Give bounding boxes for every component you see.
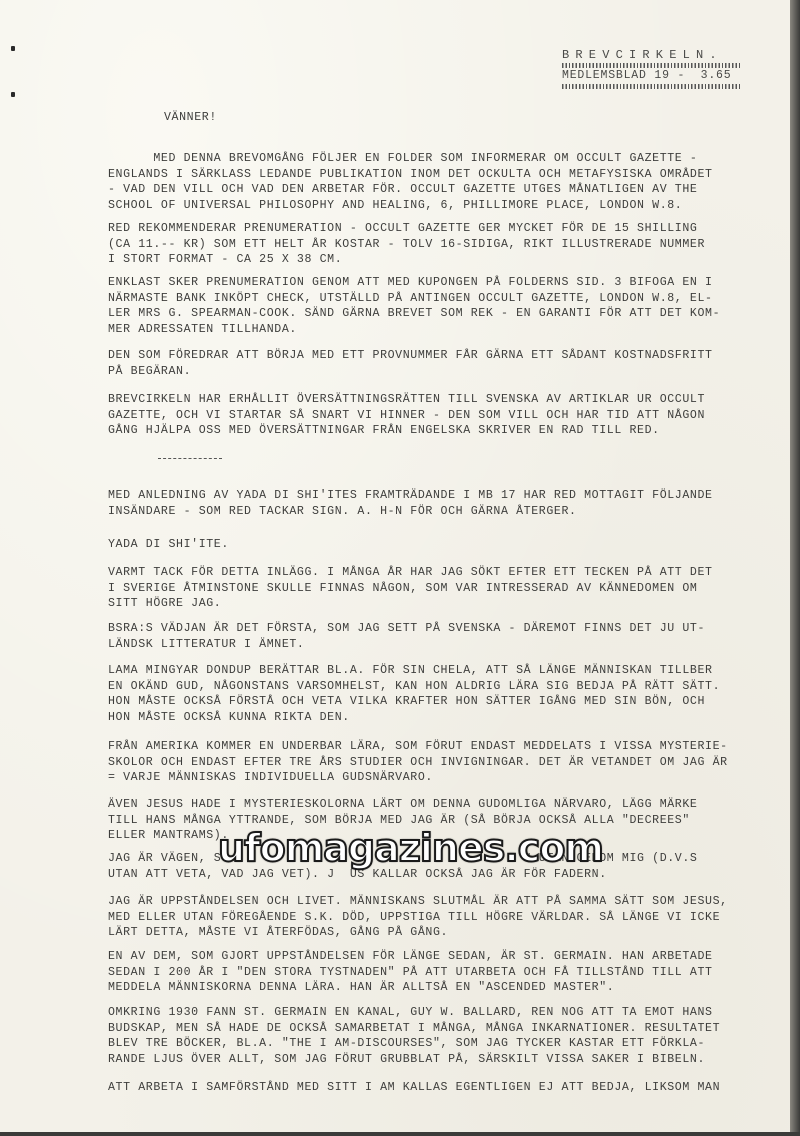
text-line: ländsk litteratur i ämnet. bbox=[108, 637, 305, 653]
text-line: lärt detta, måste vi återfödas, gång på … bbox=[108, 925, 448, 941]
document-page: BREVCIRKELN. Medlemsblad 19 - 3.65 Vänne… bbox=[0, 0, 790, 1132]
text-line: - vad den vill och vad den arbetar för. … bbox=[108, 182, 697, 198]
greeting: Vänner! bbox=[164, 110, 217, 126]
text-line: skolor och endast efter tre års studier … bbox=[108, 755, 728, 771]
text-line: ler Mrs G. Spearman-Cook. Sänd gärna bre… bbox=[108, 306, 720, 322]
watermark: ufomagazines.com bbox=[218, 826, 603, 870]
header-rule bbox=[562, 63, 740, 68]
text-line: meddela människorna denna lära. Han är a… bbox=[108, 980, 614, 996]
text-line: Varmt tack för detta inlägg. I många år … bbox=[108, 565, 713, 581]
text-line: blev tre böcker, bl.a. "The I AM-discour… bbox=[108, 1036, 705, 1052]
text-line: med eller utan föregående s.k. död, upps… bbox=[108, 910, 720, 926]
text-line: Den som föredrar att börja med ett provn… bbox=[108, 348, 713, 364]
text-line: Red rekommenderar prenumeration - Occult… bbox=[108, 221, 697, 237]
header-rule bbox=[562, 84, 740, 89]
text-line: Bsra:s vädjan är det första, som jag set… bbox=[108, 621, 705, 637]
section-divider bbox=[158, 458, 222, 459]
text-line: mer adressaten tillhanda. bbox=[108, 322, 297, 338]
text-line: En av dem, som gjort uppståndelsen för l… bbox=[108, 949, 713, 965]
text-line: Även Jesus hade i mysterieskolorna lärt … bbox=[108, 797, 697, 813]
text-line: i stort format - ca 25 x 38 cm. bbox=[108, 252, 342, 268]
text-line: Att arbeta i samförstånd med sitt I AM k… bbox=[108, 1080, 720, 1096]
text-line: (ca 11.-- kr) som ett helt år kostar - t… bbox=[108, 237, 705, 253]
newsletter-title: BREVCIRKELN. bbox=[562, 48, 777, 62]
newsletter-issue: Medlemsblad 19 - 3.65 bbox=[562, 69, 777, 83]
text-line: rande ljus över allt, som jag förut grub… bbox=[108, 1052, 705, 1068]
text-line: närmaste bank inköpt check, utställd på … bbox=[108, 291, 713, 307]
text-line: på begäran. bbox=[108, 364, 191, 380]
scan-edge bbox=[0, 1132, 800, 1136]
text-line: Hon måste också förstå och veta vilka kr… bbox=[108, 694, 705, 710]
text-line: Yada di Shi'ite. bbox=[108, 537, 229, 553]
text-line: eller mantrams). bbox=[108, 828, 229, 844]
newsletter-header: BREVCIRKELN. Medlemsblad 19 - 3.65 bbox=[562, 48, 777, 90]
text-line: hon måste också kunna rikta den. bbox=[108, 710, 350, 726]
text-line: Englands i särklass ledande publikation … bbox=[108, 167, 713, 183]
text-line: sedan i 200 år i "Den stora Tystnaden" p… bbox=[108, 965, 713, 981]
text-line: sitt Högre Jag. bbox=[108, 596, 221, 612]
text-line: Omkring 1930 fann St. Germain en kanal, … bbox=[108, 1005, 713, 1021]
text-line: Gazette, och vi startar så snart vi hinn… bbox=[108, 408, 705, 424]
text-line: Med anledning av Yada di Shi'ites framtr… bbox=[108, 488, 713, 504]
text-line: insändare - som red tackar sign. A. H-n … bbox=[108, 504, 577, 520]
text-line: JAG ÄR Uppståndelsen och Livet. Människa… bbox=[108, 894, 728, 910]
text-line: Enklast sker prenumeration genom att med… bbox=[108, 275, 713, 291]
text-line: Brevcirkeln har erhållit översättningsrä… bbox=[108, 392, 705, 408]
punch-hole-mark bbox=[11, 46, 15, 51]
scan-edge bbox=[790, 0, 800, 1136]
text-line: gång hjälpa oss med översättningar från … bbox=[108, 423, 660, 439]
text-line: Med denna brevomgång följer en folder so… bbox=[108, 151, 697, 167]
text-line: School of Universal Philosophy and Heali… bbox=[108, 198, 682, 214]
text-line: Från Amerika kommer en underbar lära, so… bbox=[108, 739, 728, 755]
text-line: Lama Mingyar Dondup berättar bl.a. för s… bbox=[108, 663, 713, 679]
text-line: en okänd Gud, någonstans varsomhelst, ka… bbox=[108, 679, 720, 695]
punch-hole-mark bbox=[11, 92, 15, 97]
text-line: = varje människas individuella Gudsnärva… bbox=[108, 770, 433, 786]
text-line: budskap, men så hade de också samarbetat… bbox=[108, 1021, 720, 1037]
text-line: i Sverige åtminstone skulle finnas någon… bbox=[108, 581, 697, 597]
